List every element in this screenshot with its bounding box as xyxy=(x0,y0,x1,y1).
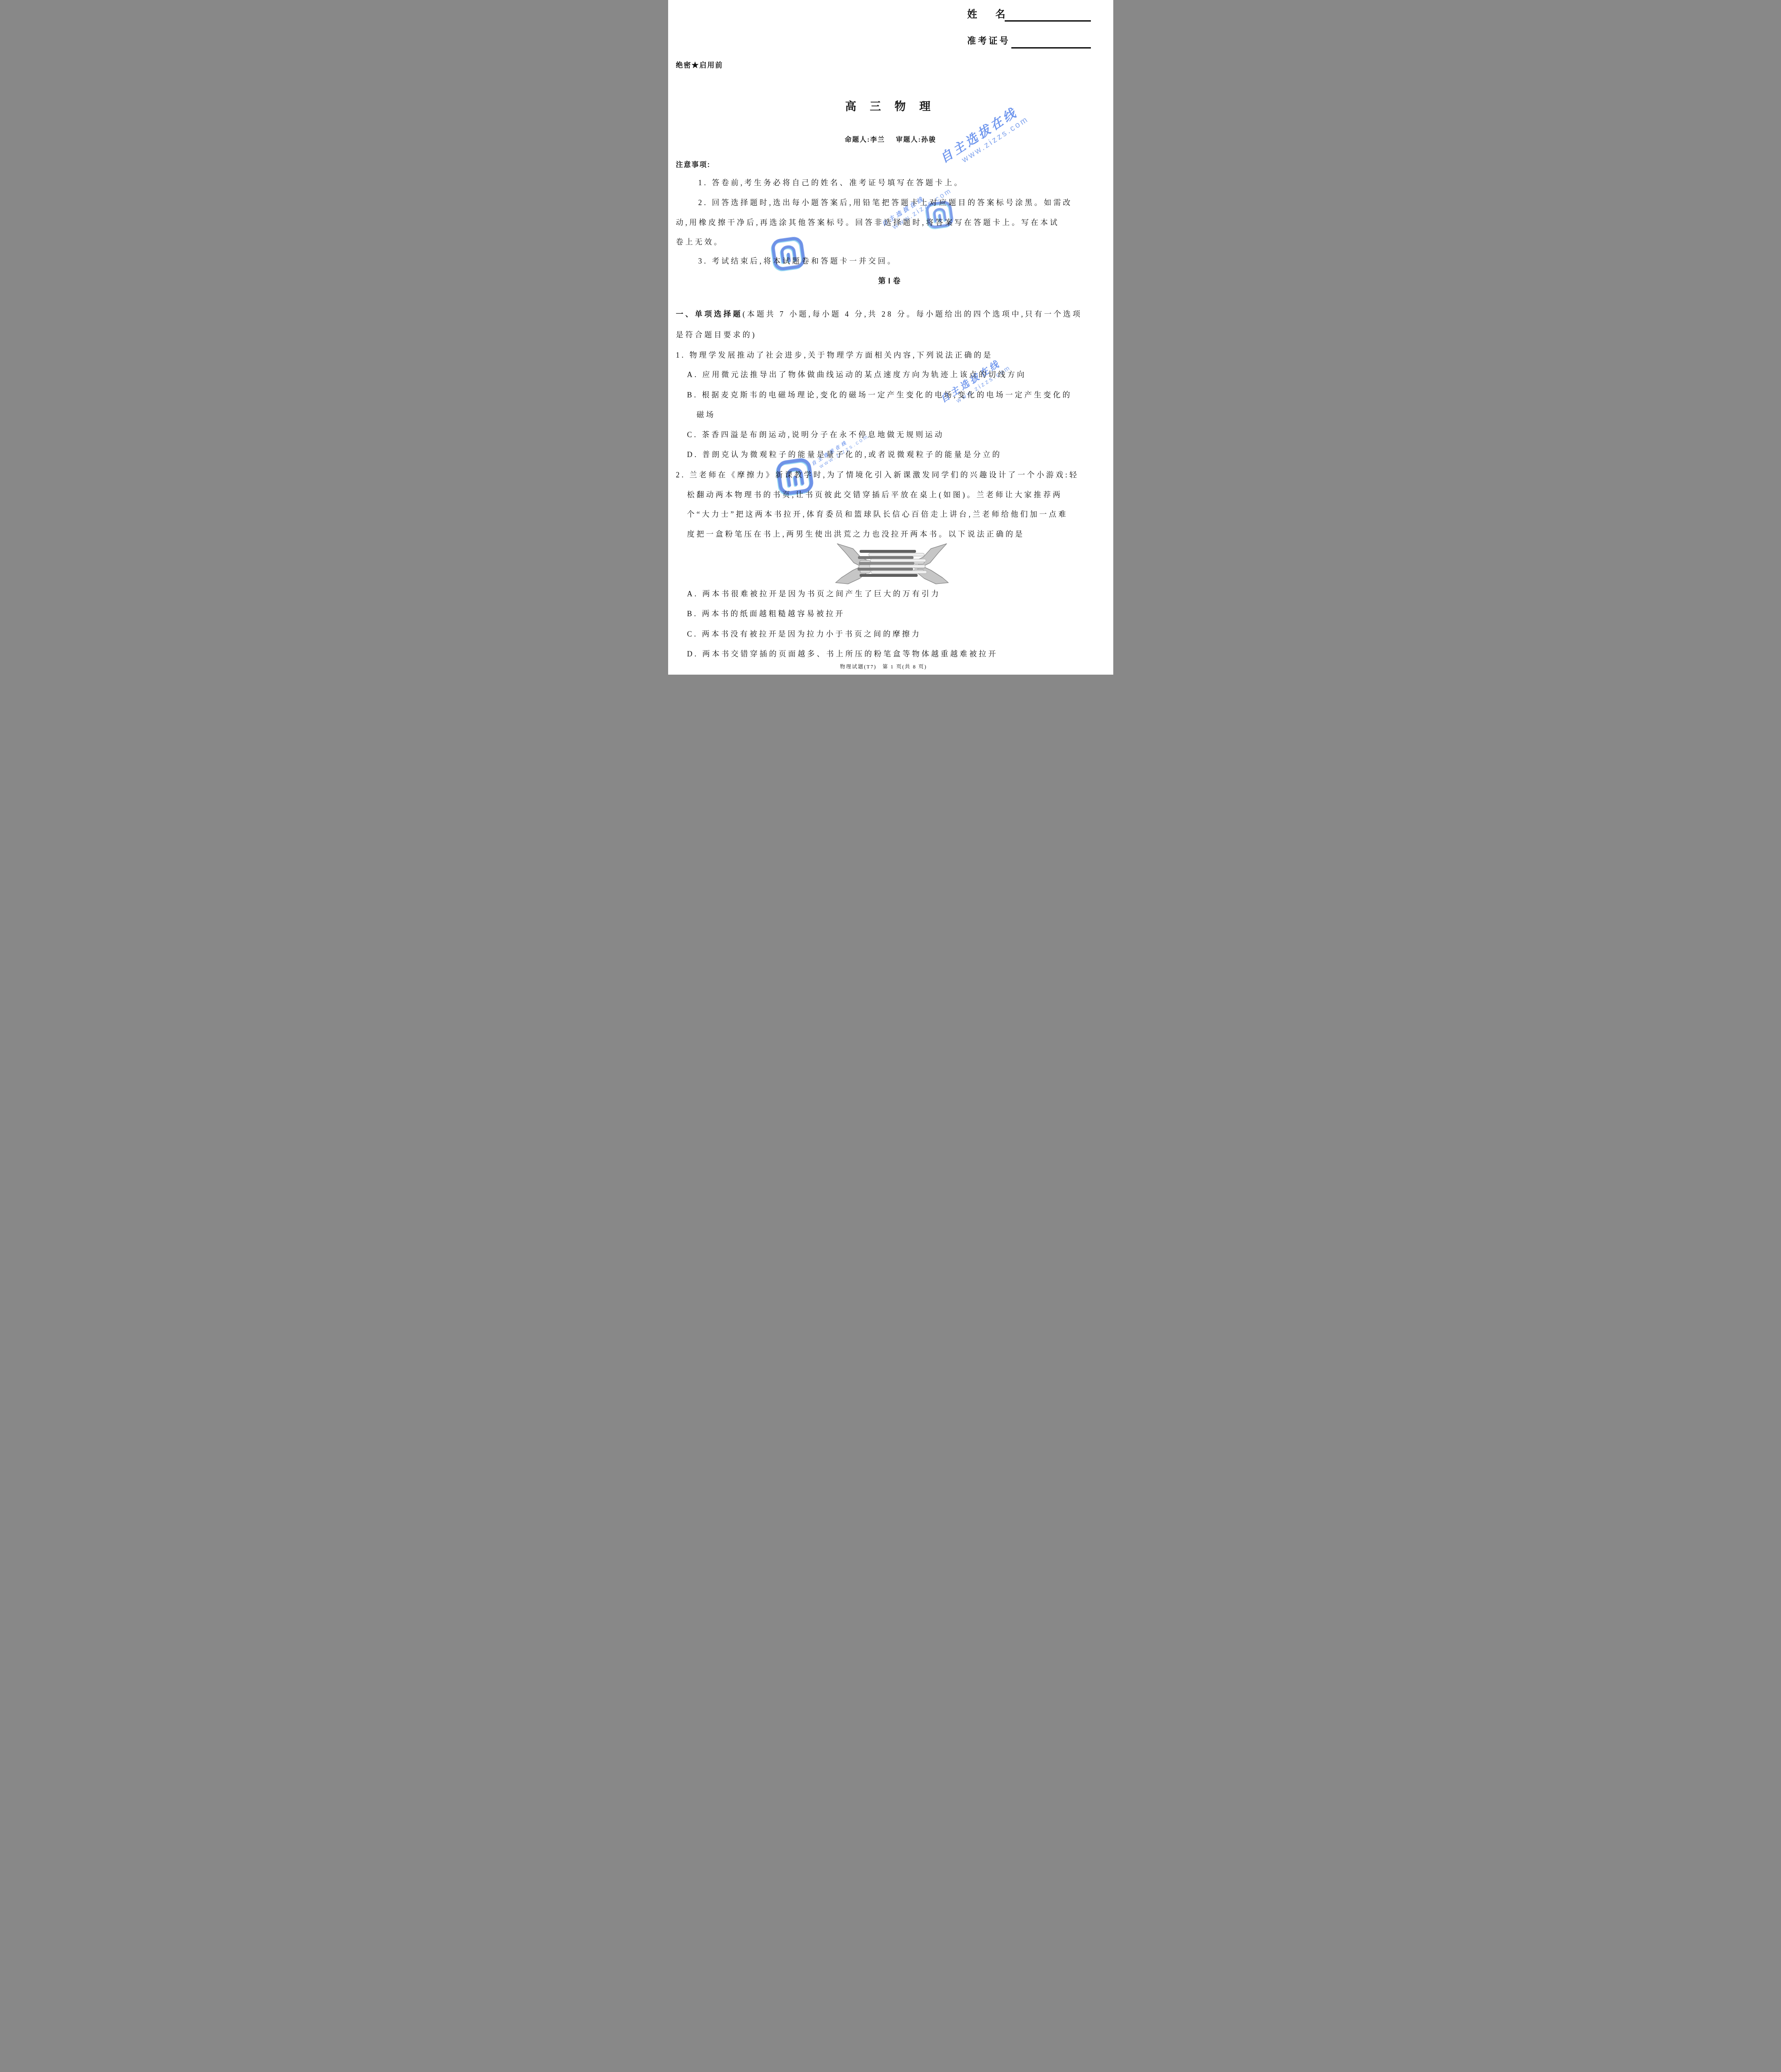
setter-label: 命题人:李兰 xyxy=(845,136,885,143)
notice-heading: 注意事项: xyxy=(676,160,711,169)
notice-line: 3. 考试结束后,将本试题卷和答题卡一并交回。 xyxy=(698,256,897,266)
volume-heading: 第Ⅰ卷 xyxy=(668,276,1113,286)
exam-no-field-label: 准考证号 xyxy=(967,35,1010,46)
notice-line: 卷上无效。 xyxy=(676,237,724,247)
section-heading: 一、单项选择题(本题共 7 小题,每小题 4 分,共 28 分。每小题给出的四个… xyxy=(676,309,1083,320)
q1-option-d: D. 普朗克认为微观粒子的能量是量子化的,或者说微观粒子的能量是分立的 xyxy=(687,449,1002,460)
name-label-char: 名 xyxy=(996,8,1006,21)
q2-stem-line: 度把一盒粉笔压在书上,两男生使出洪荒之力也没拉开两本书。以下说法正确的是 xyxy=(687,529,1025,540)
q1-option-b: B. 根据麦克斯韦的电磁场理论,变化的磁场一定产生变化的电场,变化的电场一定产生… xyxy=(687,390,1072,400)
page-footer: 物理试题(T7) 第 1 页(共 8 页) xyxy=(840,663,927,670)
setter-row: 命题人:李兰审题人:孙骏 xyxy=(668,136,1113,145)
notice-line: 2. 回答选择题时,选出每小题答案后,用铅笔把答题卡上对应题目的答案标号涂黑。如… xyxy=(698,197,1073,208)
q1-option-c: C. 茶香四溢是布朗运动,说明分子在永不停息地做无规则运动 xyxy=(687,429,945,440)
q1-option-a: A. 应用微元法推导出了物体做曲线运动的某点速度方向为轨迹上该点的切线方向 xyxy=(687,369,1027,380)
zizzs-logo-watermark xyxy=(768,233,808,274)
q2-option-a: A. 两本书很难被拉开是因为书页之间产生了巨大的万有引力 xyxy=(687,588,941,599)
notice-line: 1. 答卷前,考生务必将自己的姓名、准考证号填写在答题卡上。 xyxy=(698,177,964,188)
q1-option-b-continuation: 磁场 xyxy=(697,409,716,420)
q2-option-b: B. 两本书的纸面越粗糙越容易被拉开 xyxy=(687,608,845,619)
section-heading-bold: 一、单项选择题 xyxy=(676,310,743,318)
exam-paper-page: 自主选拔在线 www.zizzs.com 自主选拔在线 www.zizzs.co… xyxy=(668,0,1113,675)
section-heading-rest: (本题共 7 小题,每小题 4 分,共 28 分。每小题给出的四个选项中,只有一… xyxy=(743,310,1083,318)
reviewer-label: 审题人:孙骏 xyxy=(896,136,936,143)
name-field-label: 姓 名 xyxy=(967,8,1006,21)
watermark-text-right: 自主选拔在线 www.zizzs.com xyxy=(937,353,1012,411)
notice-line: 动,用橡皮擦干净后,再选涂其他答案标号。回答非选择题时,将答案写在答题卡上。写在… xyxy=(676,217,1060,228)
exam-no-blank-underline xyxy=(1011,47,1091,48)
q2-stem-line: 松翻动两本物理书的书页,让书页彼此交错穿插后平放在桌上(如图)。兰老师让大家推荐… xyxy=(687,489,1062,500)
name-blank-underline xyxy=(1005,20,1091,22)
q2-option-c: C. 两本书没有被拉开是因为拉力小于书页之间的摩擦力 xyxy=(687,629,921,639)
books-pulled-by-hands-illustration xyxy=(834,543,950,584)
interleaved-books-figure xyxy=(834,543,950,584)
name-label-char: 姓 xyxy=(967,8,977,21)
q2-stem-line: 2. 兰老师在《摩擦力》新课教学时,为了情境化引入新课激发同学们的兴趣设计了一个… xyxy=(676,470,1079,480)
q2-option-d: D. 两本书交错穿插的页面越多、书上所压的粉笔盒等物体越重越难被拉开 xyxy=(687,649,998,659)
q1-stem: 1. 物理学发展推动了社会进步,关于物理学方面相关内容,下列说法正确的是 xyxy=(676,350,993,361)
zizzs-logo-icon xyxy=(768,233,808,274)
page-title: 高 三 物 理 xyxy=(668,99,1113,114)
q2-stem-line: 个“大力士”把这两本书拉开,体育委员和篮球队长信心百倍走上讲台,兰老师给他们加一… xyxy=(687,509,1068,520)
section-heading-line2: 是符合题目要求的) xyxy=(676,329,757,340)
secrecy-label: 绝密★启用前 xyxy=(676,61,723,70)
